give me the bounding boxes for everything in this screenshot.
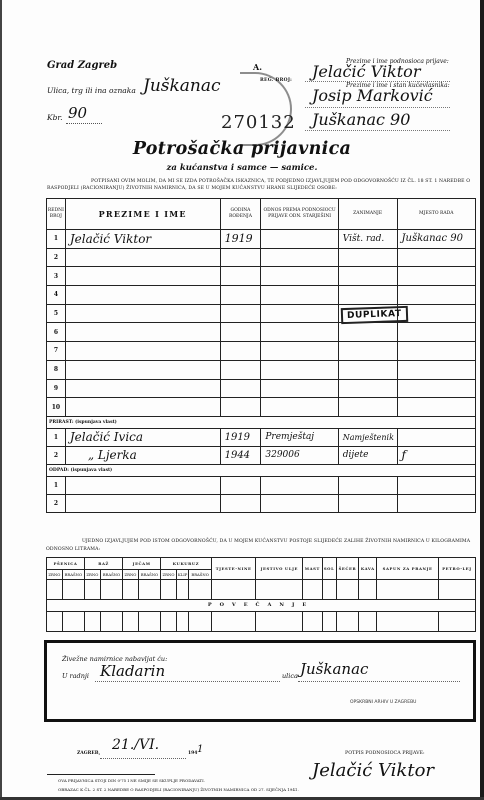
row-year [220, 476, 261, 494]
sub-flour: BRAŠNO [62, 570, 84, 580]
reg-number: 270132 [221, 112, 296, 133]
row-no: 3 [47, 267, 66, 286]
supplies-declaration: UJEDNO IZJAVLJUJEM POD ISTOM ODGOVORNOŠĆ… [46, 538, 478, 553]
row-year [220, 379, 261, 398]
sub-flour: BRAŠNO [100, 570, 122, 580]
row-name: Jelačić Ivica [65, 428, 220, 446]
table-row: 1 Jelačić Viktor 1919 Višt. rad. Juškana… [47, 230, 476, 249]
row-occupation: dijete [338, 446, 397, 464]
col-header-workplace: MJESTO RADA [397, 199, 475, 230]
scan-edge-right [480, 0, 484, 800]
table-row: 1 [47, 476, 476, 494]
shop-street-label: ulica [282, 672, 298, 680]
row-relation: Premještaj [261, 428, 338, 446]
row-workplace [397, 323, 475, 342]
table-row: 7 [47, 342, 476, 361]
row-relation [261, 304, 338, 323]
declaration-text: POTPISANI OVIM MOLIM, DA MI SE IZDA POTR… [47, 178, 479, 192]
row-no: 2 [47, 446, 66, 464]
row-occupation [338, 476, 397, 494]
form-subtitle: za kućanstva i samce — samice. [0, 163, 484, 173]
row-workplace: ƒ [397, 446, 475, 464]
row-no: 8 [47, 360, 66, 379]
house-number-label: Kbr. [47, 113, 63, 122]
owner-address: Juškanac 90 [312, 110, 410, 129]
prirast-section-row: PRIRAST: (ispunjava vlast) [47, 416, 476, 428]
sub-grain: ZRNO [85, 570, 101, 580]
supplies-header-row: PŠENICA RAŽ JEČAM KUKURUZ TJESTE-NINE JE… [47, 558, 476, 570]
row-workplace [397, 428, 475, 446]
row-name [65, 304, 220, 323]
odpad-label: ODPAD: (ispunjava vlast) [47, 464, 476, 476]
row-relation [261, 230, 338, 249]
row-workplace [397, 398, 475, 417]
row-relation [261, 398, 338, 417]
row-name: „ Ljerka [65, 446, 220, 464]
row-occupation [338, 323, 397, 342]
city-heading: Grad Zagreb [47, 60, 117, 71]
owner-value: Josip Marković [312, 86, 433, 105]
row-name [65, 342, 220, 361]
row-occupation [338, 379, 397, 398]
row-relation [261, 248, 338, 267]
footer-divider [47, 774, 155, 775]
supplies-table: PŠENICA RAŽ JEČAM KUKURUZ TJESTE-NINE JE… [46, 557, 476, 632]
row-occupation [338, 267, 397, 286]
row-occupation [338, 342, 397, 361]
table-row: 8 [47, 360, 476, 379]
shop-street-line [298, 681, 460, 682]
row-no: 10 [47, 398, 66, 417]
row-occupation [338, 248, 397, 267]
signature-label: POTPIS PODNOSIOCA PRIJAVE: [345, 751, 425, 756]
row-year [220, 323, 261, 342]
row-workplace: Juškanac 90 [397, 230, 475, 249]
row-year [220, 304, 261, 323]
ration-form-page: Grad Zagreb Ulica, trg ili ina oznaka Ju… [0, 0, 484, 800]
col-header-year: GODINA ROĐENJA [220, 199, 261, 230]
row-name: Jelačić Viktor [65, 230, 220, 249]
sub-flour: BRAŠNO [189, 570, 211, 580]
row-name [65, 379, 220, 398]
row-year: 1944 [220, 446, 261, 464]
row-no: 7 [47, 342, 66, 361]
row-workplace [397, 494, 475, 512]
sub-grain: ZRNO [123, 570, 139, 580]
shop-street-value: Juškanac [300, 660, 368, 678]
applicant-value: Jelačić Viktor [312, 62, 420, 81]
row-no: 2 [47, 248, 66, 267]
group-barley: JEČAM [123, 558, 161, 570]
col-header-no: REDNI BROJ [47, 199, 66, 230]
year-value: 1 [197, 744, 203, 755]
row-name [65, 286, 220, 305]
place-label: ZAGREB, [77, 751, 100, 756]
row-workplace [397, 476, 475, 494]
row-relation [261, 267, 338, 286]
row-workplace [397, 248, 475, 267]
increase-label: POVEĆANJE [47, 600, 476, 612]
shop-line [95, 681, 280, 682]
table-row: 10 [47, 398, 476, 417]
col-sugar: ŠEĆER [336, 558, 359, 580]
col-soap: SAPUN ZA PRANJE [377, 558, 439, 580]
row-workplace [397, 342, 475, 361]
shop-label: U radnji [62, 672, 89, 680]
row-relation [261, 286, 338, 305]
col-oil: JESTIVO ULJE [256, 558, 303, 580]
sub-grain: ZRNO [161, 570, 177, 580]
row-year: 1919 [220, 230, 261, 249]
row-occupation [338, 398, 397, 417]
row-name [65, 323, 220, 342]
row-relation [261, 360, 338, 379]
odpad-section-row: ODPAD: (ispunjava vlast) [47, 464, 476, 476]
row-relation [261, 342, 338, 361]
table-row: 2 „ Ljerka 1944 329006 dijete ƒ [47, 446, 476, 464]
row-no: 1 [47, 476, 66, 494]
owner-address-line [305, 130, 450, 131]
row-year [220, 286, 261, 305]
street-value: Juškanac [143, 76, 221, 96]
row-occupation [338, 494, 397, 512]
shop-value: Kladarin [100, 662, 165, 680]
office-stamp: OPSKRBNI ARHIV U ZAGREBU [350, 700, 416, 705]
col-header-name: PREZIME I IME [65, 199, 220, 230]
row-relation [261, 379, 338, 398]
row-workplace [397, 379, 475, 398]
owner-line [305, 107, 450, 108]
col-lard: MAST [303, 558, 323, 580]
price-note: OVA PRIJAVNICA STOJI DIN 0'75 I NE SMIJE… [58, 778, 205, 783]
row-year: 1919 [220, 428, 261, 446]
row-year [220, 342, 261, 361]
row-no: 5 [47, 304, 66, 323]
row-no: 1 [47, 230, 66, 249]
row-no: 9 [47, 379, 66, 398]
row-year [220, 267, 261, 286]
row-name [65, 267, 220, 286]
row-name [65, 248, 220, 267]
row-no: 2 [47, 494, 66, 512]
scan-edge-left [0, 0, 2, 800]
row-year [220, 360, 261, 379]
row-relation [261, 494, 338, 512]
date-value: 21./VI. [112, 737, 159, 753]
col-pasta: TJESTE-NINE [211, 558, 256, 580]
col-petroleum: PETRO-LEJ [438, 558, 475, 580]
row-year [220, 248, 261, 267]
street-label: Ulica, trg ili ina oznaka [47, 86, 136, 95]
sub-flour: BRAŠNO [138, 570, 160, 580]
persons-table: REDNI BROJ PREZIME I IME GODINA ROĐENJA … [46, 198, 476, 513]
col-salt: SOL [322, 558, 336, 580]
date-line [100, 758, 186, 759]
table-row: 6 [47, 323, 476, 342]
row-workplace [397, 267, 475, 286]
row-workplace [397, 304, 475, 323]
row-no: 6 [47, 323, 66, 342]
row-relation [261, 476, 338, 494]
table-row: 2 [47, 494, 476, 512]
table-row: 3 [47, 267, 476, 286]
sub-cob: KLIP [176, 570, 189, 580]
row-occupation: Namještenik [338, 428, 397, 446]
row-name [65, 360, 220, 379]
row-relation [261, 323, 338, 342]
duplicate-stamp: DUPLIKAT [341, 306, 408, 324]
year-prefix: 194 [188, 751, 197, 756]
row-occupation: Višt. rad. [338, 230, 397, 249]
row-no: 4 [47, 286, 66, 305]
row-year [220, 494, 261, 512]
table-row: 4 [47, 286, 476, 305]
house-number-value: 90 [68, 104, 87, 122]
row-occupation [338, 360, 397, 379]
group-corn: KUKURUZ [161, 558, 212, 570]
row-workplace [397, 286, 475, 305]
increase-data-row [47, 612, 476, 632]
col-header-relation: ODNOS PREMA PODNOSIOCU PRIJAVE ODN. STAR… [261, 199, 338, 230]
row-no: 1 [47, 428, 66, 446]
house-number-line [66, 123, 102, 124]
reg-number-label: REG. BROJ: [260, 78, 292, 83]
increase-row: POVEĆANJE [47, 600, 476, 612]
prirast-label: PRIRAST: (ispunjava vlast) [47, 416, 476, 428]
row-name [65, 398, 220, 417]
row-workplace [397, 360, 475, 379]
supplies-data-row [47, 580, 476, 600]
round-stamp-icon [240, 72, 292, 146]
sub-grain: ZRNO [47, 570, 63, 580]
table-row: 9 [47, 379, 476, 398]
row-year [220, 398, 261, 417]
col-header-occupation: ZANIMANJE [338, 199, 397, 230]
col-coffee: KAVA [359, 558, 377, 580]
form-reference-note: OBRAZAC K ČL. 2 ST. 2 NAREDBE O RASPODJE… [58, 787, 299, 792]
table-row: 2 [47, 248, 476, 267]
table-header-row: REDNI BROJ PREZIME I IME GODINA ROĐENJA … [47, 199, 476, 230]
group-wheat: PŠENICA [47, 558, 85, 570]
signature-value: Jelačić Viktor [312, 760, 434, 781]
row-name [65, 494, 220, 512]
row-name [65, 476, 220, 494]
table-row: 5 [47, 304, 476, 323]
form-title: Potrošačka prijavnica [0, 139, 484, 159]
table-row: 1 Jelačić Ivica 1919 Premještaj Namješte… [47, 428, 476, 446]
row-relation: 329006 [261, 446, 338, 464]
group-rye: RAŽ [85, 558, 123, 570]
row-occupation [338, 286, 397, 305]
form-letter: A. [253, 62, 262, 72]
